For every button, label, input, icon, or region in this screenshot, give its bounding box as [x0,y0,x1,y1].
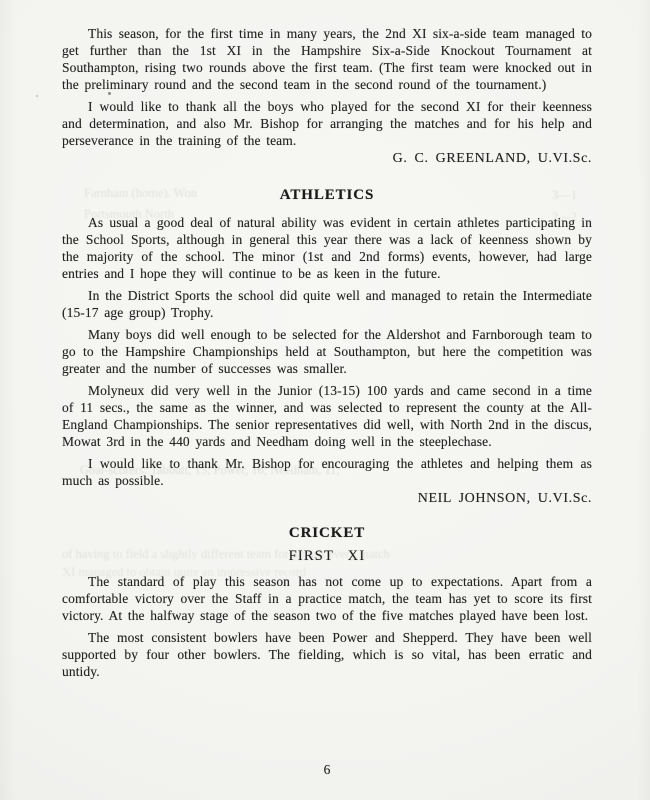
subheading-first-xi: FIRST XI [62,548,592,565]
signature-greenland: G. C. GREENLAND, U.VI.Sc. [62,151,592,167]
text-column: This season, for the first time in many … [62,25,592,680]
paragraph-cricket-1: The standard of play this season has not… [62,573,592,624]
section-heading-cricket: CRICKET [62,525,592,542]
section-heading-athletics: ATHLETICS [62,187,592,204]
paragraph-athletics-4: Molyneux did very well in the Junior (13… [62,382,592,450]
signature-johnson: NEIL JOHNSON, U.VI.Sc. [62,491,592,507]
paragraph-athletics-1: As usual a good deal of natural ability … [62,214,592,282]
paragraph-athletics-2: In the District Sports the school did qu… [62,287,592,321]
paragraph-athletics-5: I would like to thank Mr. Bishop for enc… [62,455,592,489]
paragraph-cricket-2: The most consistent bowlers have been Po… [62,629,592,680]
scan-speck [36,95,38,97]
scanned-page: Farnham (home). Won Portsmouth North 3—1… [0,0,650,800]
paragraph-second-xi-2: I would like to thank all the boys who p… [62,98,592,149]
paragraph-second-xi-1: This season, for the first time in many … [62,25,592,93]
paragraph-athletics-3: Many boys did well enough to be selected… [62,326,592,377]
page-number: 6 [62,762,592,778]
